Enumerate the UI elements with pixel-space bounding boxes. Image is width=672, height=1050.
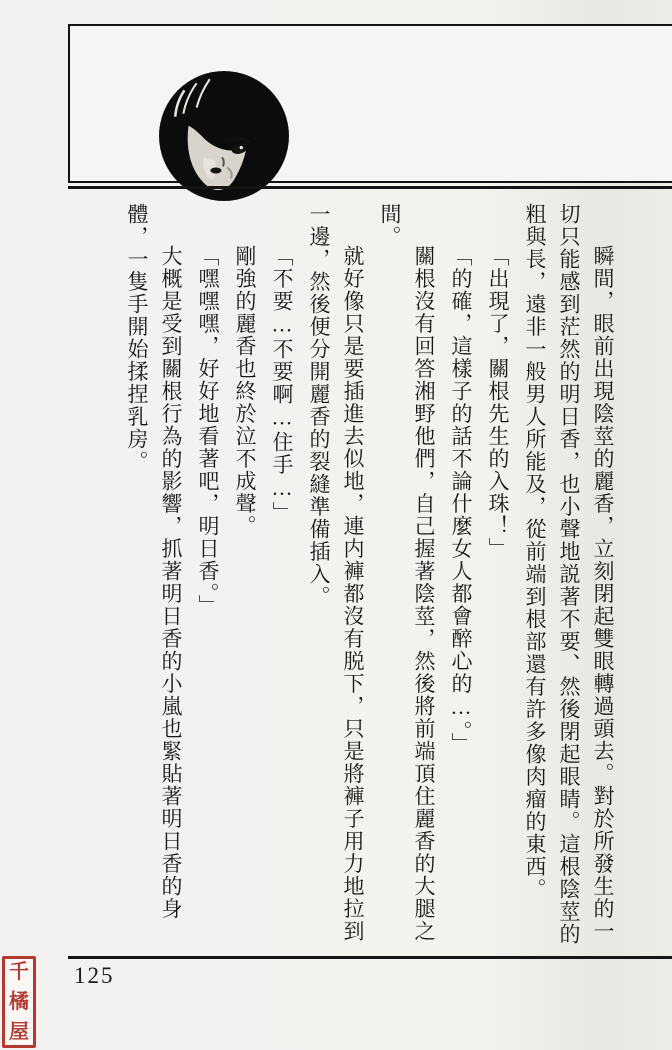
paragraph-7: 剛強的麗香也終於泣不成聲。 xyxy=(228,203,262,953)
seal-char-top: 千 xyxy=(9,962,29,982)
paragraph-8: 「嘿嘿嘿，好好地看著吧，明日香。」 xyxy=(191,203,225,953)
paragraph-6: 「不要…不要啊…住手…」 xyxy=(265,203,299,953)
novel-text-block: 瞬間，眼前出現陰莖的麗香，立刻閉起雙眼轉過頭去。對於所發生的一切只能感到茫然的明… xyxy=(112,203,620,953)
illustration-frame xyxy=(68,24,672,183)
seal-char-middle: 橘 xyxy=(9,992,29,1012)
manga-girl-portrait xyxy=(158,70,290,202)
paragraph-5: 就好像只是要插進去似地，連内褲都沒有脱下，只是將褲子用力地拉到一邊，然後便分開麗… xyxy=(302,203,370,953)
footer-rule xyxy=(68,956,672,959)
seal-char-bottom: 屋 xyxy=(9,1022,29,1042)
page-number: 125 xyxy=(74,963,115,989)
frame-bottom-rule xyxy=(68,186,672,189)
scanlation-seal-stamp: 千 橘 屋 xyxy=(2,956,36,1048)
paragraph-2: 「出現了，關根先生的入珠！」 xyxy=(481,203,515,953)
paragraph-3: 「的確，這樣子的話不論什麼女人都會醉心的…。」 xyxy=(444,203,478,953)
paragraph-9: 大概是受到關根行為的影響，抓著明日香的小嵐也緊貼著明日香的身體，一隻手開始揉捏乳… xyxy=(120,203,188,953)
scanned-novel-page: 瞬間，眼前出現陰莖的麗香，立刻閉起雙眼轉過頭去。對於所發生的一切只能感到茫然的明… xyxy=(0,0,672,1050)
paragraph-4: 關根沒有回答湘野他們，自己握著陰莖，然後將前端頂住麗香的大腿之間。 xyxy=(373,203,441,953)
paragraph-1: 瞬間，眼前出現陰莖的麗香，立刻閉起雙眼轉過頭去。對於所發生的一切只能感到茫然的明… xyxy=(518,203,620,953)
